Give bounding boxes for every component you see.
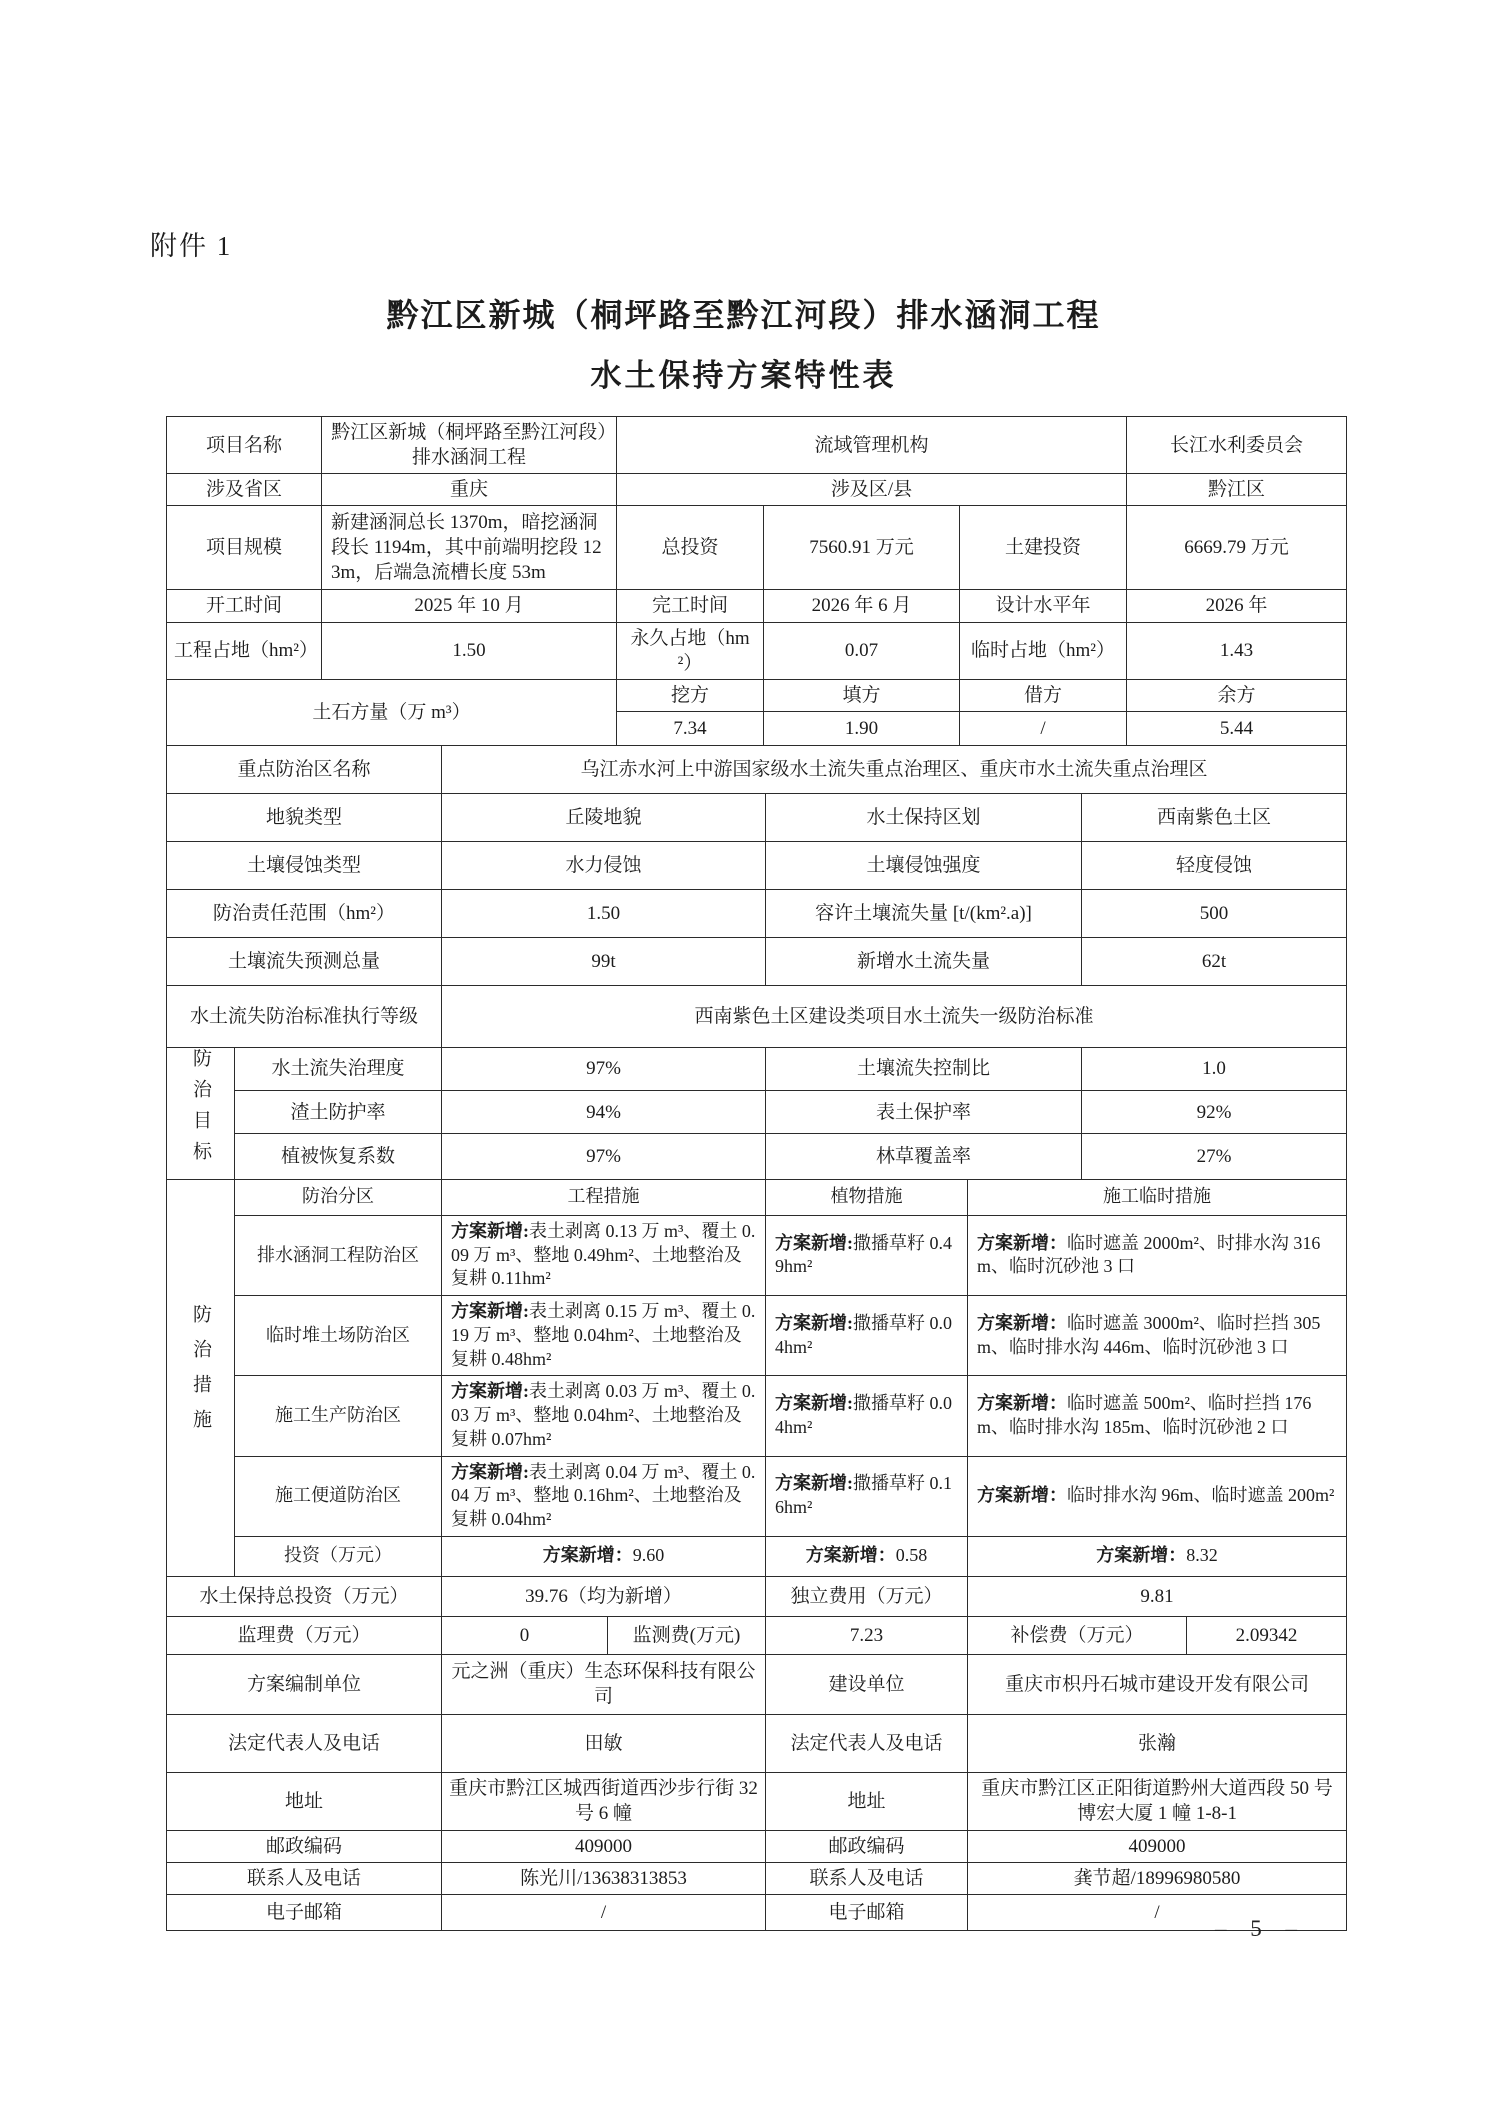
page-number: – 5 – — [1215, 1916, 1306, 1942]
total-cost-value: 39.76（均为新增） — [442, 1576, 766, 1616]
landform-value: 丘陵地貌 — [442, 793, 766, 841]
start-date-value: 2025 年 10 月 — [322, 590, 617, 622]
erosion-intensity-label: 土壤侵蚀强度 — [766, 841, 1082, 889]
row-land-occupation: 工程占地（hm²） 1.50 永久占地（hm²） 0.07 临时占地（hm²） … — [167, 622, 1347, 679]
earthwork-head-borrow: 借方 — [960, 679, 1127, 711]
row-emails: 电子邮箱 / 电子邮箱 / — [167, 1895, 1347, 1931]
total-investment-label: 总投资 — [617, 506, 764, 590]
target-spoil-protection-value: 94% — [442, 1091, 766, 1134]
supervision-fee-label: 监理费（万元） — [167, 1616, 442, 1654]
row-target-1: 防治目标 水土流失治理度 97% 土壤流失控制比 1.0 — [167, 1047, 1347, 1090]
measure-engineering-cell: 方案新增:表土剥离 0.04 万 m³、覆土 0.04 万 m³、整地 0.16… — [442, 1456, 766, 1536]
targets-side-label: 防治目标 — [167, 1047, 235, 1179]
designer-label: 方案编制单位 — [167, 1654, 442, 1714]
measure-engineering-cell: 方案新增:表土剥离 0.03 万 m³、覆土 0.03 万 m³、整地 0.04… — [442, 1376, 766, 1456]
basin-authority-value: 长江水利委员会 — [1127, 417, 1347, 474]
erosion-type-value: 水力侵蚀 — [442, 841, 766, 889]
new-loss-label: 新增水土流失量 — [766, 937, 1082, 985]
design-year-value: 2026 年 — [1127, 590, 1347, 622]
measure-plant-cell: 方案新增:撒播草籽 0.04hm² — [766, 1376, 968, 1456]
measure-engineering-cell: 方案新增:表土剥离 0.13 万 m³、覆土 0.09 万 m³、整地 0.49… — [442, 1215, 766, 1295]
measure-invest-plant: 方案新增：0.58 — [766, 1536, 968, 1576]
land-total-label: 工程占地（hm²） — [167, 622, 322, 679]
target-governance-value: 97% — [442, 1047, 766, 1090]
builder-email-label: 电子邮箱 — [766, 1895, 968, 1931]
row-fees: 监理费（万元） 0 监测费(万元) 7.23 补偿费（万元） 2.09342 — [167, 1616, 1347, 1654]
province-label: 涉及省区 — [167, 474, 322, 506]
measure-temporary-cell: 方案新增：临时遮盖 500m²、临时拦挡 176m、临时排水沟 185m、临时沉… — [968, 1376, 1347, 1456]
measure-temporary-cell: 方案新增：临时遮盖 3000m²、临时拦挡 305m、临时排水沟 446m、临时… — [968, 1296, 1347, 1376]
standard-value: 西南紫色土区建设类项目水土流失一级防治标准 — [442, 985, 1347, 1047]
predicted-loss-label: 土壤流失预测总量 — [167, 937, 442, 985]
earthwork-head-surplus: 余方 — [1127, 679, 1347, 711]
measure-prefix: 方案新增： — [1096, 1545, 1186, 1565]
measure-prefix: 方案新增: — [775, 1473, 853, 1493]
land-temp-value: 1.43 — [1127, 622, 1347, 679]
row-target-2: 渣土防护率 94% 表土保护率 92% — [167, 1091, 1347, 1134]
row-project-name: 项目名称 黔江区新城（桐坪路至黔江河段）排水涵洞工程 流域管理机构 长江水利委员… — [167, 417, 1347, 474]
row-postcodes: 邮政编码 409000 邮政编码 409000 — [167, 1830, 1347, 1862]
new-loss-value: 62t — [1082, 937, 1347, 985]
row-contacts: 联系人及电话 陈光川/13638313853 联系人及电话 龚节超/189969… — [167, 1862, 1347, 1894]
district-value: 黔江区 — [1127, 474, 1347, 506]
row-measure-stockpile: 临时堆土场防治区 方案新增:表土剥离 0.15 万 m³、覆土 0.19 万 m… — [167, 1296, 1347, 1376]
measure-prefix: 方案新增: — [451, 1221, 529, 1241]
builder-postcode-label: 邮政编码 — [766, 1830, 968, 1862]
region-label: 水土保持区划 — [766, 793, 1082, 841]
row-measure-culvert: 排水涵洞工程防治区 方案新增:表土剥离 0.13 万 m³、覆土 0.09 万 … — [167, 1215, 1347, 1295]
row-measure-production: 施工生产防治区 方案新增:表土剥离 0.03 万 m³、覆土 0.03 万 m³… — [167, 1376, 1347, 1456]
compensation-fee-value: 2.09342 — [1187, 1616, 1347, 1654]
measure-temporary-cell: 方案新增：临时排水沟 96m、临时遮盖 200m² — [968, 1456, 1347, 1536]
measure-invest-temporary: 方案新增：8.32 — [968, 1536, 1347, 1576]
allowable-loss-value: 500 — [1082, 889, 1347, 937]
earthwork-value-fill: 1.90 — [764, 711, 960, 745]
measure-prefix: 方案新增： — [543, 1545, 633, 1565]
supervision-fee-value: 0 — [442, 1616, 608, 1654]
measures-head-zone: 防治分区 — [235, 1179, 442, 1215]
row-standard: 水土流失防治标准执行等级 西南紫色土区建设类项目水土流失一级防治标准 — [167, 985, 1347, 1047]
row-erosion-type: 土壤侵蚀类型 水力侵蚀 土壤侵蚀强度 轻度侵蚀 — [167, 841, 1347, 889]
land-temp-label: 临时占地（hm²） — [960, 622, 1127, 679]
target-control-ratio-value: 1.0 — [1082, 1047, 1347, 1090]
measure-zone-cell: 施工便道防治区 — [235, 1456, 442, 1536]
builder-address-label: 地址 — [766, 1772, 968, 1830]
region-value: 西南紫色土区 — [1082, 793, 1347, 841]
measure-prefix: 方案新增： — [977, 1393, 1067, 1413]
measure-plant-cell: 方案新增:撒播草籽 0.16hm² — [766, 1456, 968, 1536]
measure-text: 9.60 — [633, 1545, 665, 1565]
total-investment-value: 7560.91 万元 — [764, 506, 960, 590]
document-title-line1: 黔江区新城（桐坪路至黔江河段）排水涵洞工程 — [0, 290, 1487, 336]
measure-text: 临时排水沟 96m、临时遮盖 200m² — [1067, 1485, 1334, 1505]
measure-invest-engineering: 方案新增：9.60 — [442, 1536, 766, 1576]
row-measure-road: 施工便道防治区 方案新增:表土剥离 0.04 万 m³、覆土 0.04 万 m³… — [167, 1456, 1347, 1536]
row-responsibility: 防治责任范围（hm²） 1.50 容许土壤流失量 [t/(km².a)] 500 — [167, 889, 1347, 937]
designer-email-label: 电子邮箱 — [167, 1895, 442, 1931]
measure-text: 0.58 — [896, 1545, 928, 1565]
target-topsoil-label: 表土保护率 — [766, 1091, 1082, 1134]
builder-representative-label: 法定代表人及电话 — [766, 1714, 968, 1772]
project-name-label: 项目名称 — [167, 417, 322, 474]
measure-prefix: 方案新增: — [451, 1381, 529, 1401]
builder-contact-label: 联系人及电话 — [766, 1862, 968, 1894]
measure-prefix: 方案新增： — [806, 1545, 896, 1565]
designer-postcode-label: 邮政编码 — [167, 1830, 442, 1862]
target-coverage-value: 27% — [1082, 1134, 1347, 1180]
measures-section: 防治措施 防治分区 工程措施 植物措施 施工临时措施 排水涵洞工程防治区 方案新… — [166, 1179, 1347, 1577]
row-key-zone: 重点防治区名称 乌江赤水河上中游国家级水土流失重点治理区、重庆市水土流失重点治理… — [167, 745, 1347, 793]
project-scale-label: 项目规模 — [167, 506, 322, 590]
row-units: 方案编制单位 元之洲（重庆）生态环保科技有限公司 建设单位 重庆市枳丹石城市建设… — [167, 1654, 1347, 1714]
measure-plant-cell: 方案新增:撒播草籽 0.04hm² — [766, 1296, 968, 1376]
key-zone-label: 重点防治区名称 — [167, 745, 442, 793]
project-name-value: 黔江区新城（桐坪路至黔江河段）排水涵洞工程 — [322, 417, 617, 474]
measure-zone-cell: 施工生产防治区 — [235, 1376, 442, 1456]
document-page: 附件 1 黔江区新城（桐坪路至黔江河段）排水涵洞工程 水土保持方案特性表 项目名… — [0, 0, 1487, 2102]
earthwork-value-borrow: / — [960, 711, 1127, 745]
target-vegetation-value: 97% — [442, 1134, 766, 1180]
builder-value: 重庆市枳丹石城市建设开发有限公司 — [968, 1654, 1347, 1714]
builder-postcode-value: 409000 — [968, 1830, 1347, 1862]
finish-date-label: 完工时间 — [617, 590, 764, 622]
designer-postcode-value: 409000 — [442, 1830, 766, 1862]
row-total-investment: 水土保持总投资（万元） 39.76（均为新增） 独立费用（万元） 9.81 — [167, 1576, 1347, 1616]
measure-prefix: 方案新增: — [451, 1301, 529, 1321]
earthwork-head-excavation: 挖方 — [617, 679, 764, 711]
measure-prefix: 方案新增: — [451, 1462, 529, 1482]
independent-cost-value: 9.81 — [968, 1576, 1347, 1616]
target-governance-label: 水土流失治理度 — [235, 1047, 442, 1090]
standard-label: 水土流失防治标准执行等级 — [167, 985, 442, 1047]
measure-prefix: 方案新增: — [775, 1233, 853, 1253]
targets-section: 防治目标 水土流失治理度 97% 土壤流失控制比 1.0 渣土防护率 94% 表… — [166, 1047, 1347, 1180]
designer-address-label: 地址 — [167, 1772, 442, 1830]
monitoring-fee-value: 7.23 — [766, 1616, 968, 1654]
measure-invest-label: 投资（万元） — [235, 1536, 442, 1576]
total-cost-label: 水土保持总投资（万元） — [167, 1576, 442, 1616]
measures-head-engineering: 工程措施 — [442, 1179, 766, 1215]
measures-side-label: 防治措施 — [167, 1179, 235, 1576]
designer-value: 元之洲（重庆）生态环保科技有限公司 — [442, 1654, 766, 1714]
district-label: 涉及区/县 — [617, 474, 1127, 506]
measure-prefix: 方案新增: — [775, 1393, 853, 1413]
designer-email-value: / — [442, 1895, 766, 1931]
measure-zone-cell: 临时堆土场防治区 — [235, 1296, 442, 1376]
erosion-intensity-value: 轻度侵蚀 — [1082, 841, 1347, 889]
measure-prefix: 方案新增： — [977, 1233, 1067, 1253]
earthwork-value-surplus: 5.44 — [1127, 711, 1347, 745]
basin-authority-label: 流域管理机构 — [617, 417, 1127, 474]
row-dates: 开工时间 2025 年 10 月 完工时间 2026 年 6 月 设计水平年 2… — [167, 590, 1347, 622]
designer-representative-value: 田敏 — [442, 1714, 766, 1772]
measure-plant-cell: 方案新增:撒播草籽 0.49hm² — [766, 1215, 968, 1295]
start-date-label: 开工时间 — [167, 590, 322, 622]
landform-label: 地貌类型 — [167, 793, 442, 841]
document-title-line2: 水土保持方案特性表 — [0, 350, 1487, 395]
measures-side-text: 防治措施 — [188, 1304, 213, 1444]
earthwork-head-fill: 填方 — [764, 679, 960, 711]
earthwork-label: 土石方量（万 m³） — [167, 679, 617, 745]
key-zone-value: 乌江赤水河上中游国家级水土流失重点治理区、重庆市水土流失重点治理区 — [442, 745, 1347, 793]
allowable-loss-label: 容许土壤流失量 [t/(km².a)] — [766, 889, 1082, 937]
measure-engineering-cell: 方案新增:表土剥离 0.15 万 m³、覆土 0.19 万 m³、整地 0.04… — [442, 1296, 766, 1376]
measures-head-plant: 植物措施 — [766, 1179, 968, 1215]
designer-contact-value: 陈光川/13638313853 — [442, 1862, 766, 1894]
costs-parties-section: 水土保持总投资（万元） 39.76（均为新增） 独立费用（万元） 9.81 监理… — [166, 1576, 1347, 1931]
measure-prefix: 方案新增： — [977, 1485, 1067, 1505]
civil-investment-label: 土建投资 — [960, 506, 1127, 590]
builder-representative-value: 张瀚 — [968, 1714, 1347, 1772]
project-overview-section: 项目名称 黔江区新城（桐坪路至黔江河段）排水涵洞工程 流域管理机构 长江水利委员… — [166, 416, 1347, 746]
target-spoil-protection-label: 渣土防护率 — [235, 1091, 442, 1134]
responsibility-value: 1.50 — [442, 889, 766, 937]
row-measure-invest: 投资（万元） 方案新增：9.60 方案新增：0.58 方案新增：8.32 — [167, 1536, 1347, 1576]
designer-representative-label: 法定代表人及电话 — [167, 1714, 442, 1772]
monitoring-fee-label: 监测费(万元) — [608, 1616, 766, 1654]
row-earthwork-heads: 土石方量（万 m³） 挖方 填方 借方 余方 — [167, 679, 1347, 711]
builder-contact-value: 龚节超/18996980580 — [968, 1862, 1347, 1894]
row-target-3: 植被恢复系数 97% 林草覆盖率 27% — [167, 1134, 1347, 1180]
designer-address-value: 重庆市黔江区城西街道西沙步行街 32 号 6 幢 — [442, 1772, 766, 1830]
row-landform: 地貌类型 丘陵地貌 水土保持区划 西南紫色土区 — [167, 793, 1347, 841]
independent-cost-label: 独立费用（万元） — [766, 1576, 968, 1616]
finish-date-value: 2026 年 6 月 — [764, 590, 960, 622]
target-control-ratio-label: 土壤流失控制比 — [766, 1047, 1082, 1090]
erosion-type-label: 土壤侵蚀类型 — [167, 841, 442, 889]
compensation-fee-label: 补偿费（万元） — [968, 1616, 1187, 1654]
measure-prefix: 方案新增: — [775, 1313, 853, 1333]
measure-prefix: 方案新增： — [977, 1313, 1067, 1333]
designer-contact-label: 联系人及电话 — [167, 1862, 442, 1894]
land-total-value: 1.50 — [322, 622, 617, 679]
zoning-section: 重点防治区名称 乌江赤水河上中游国家级水土流失重点治理区、重庆市水土流失重点治理… — [166, 745, 1347, 1048]
characteristics-table: 项目名称 黔江区新城（桐坪路至黔江河段）排水涵洞工程 流域管理机构 长江水利委员… — [166, 416, 1346, 1931]
province-value: 重庆 — [322, 474, 617, 506]
project-scale-value: 新建涵洞总长 1370m，暗挖涵洞段长 1194m，其中前端明挖段 123m，后… — [322, 506, 617, 590]
row-project-scale: 项目规模 新建涵洞总长 1370m，暗挖涵洞段长 1194m，其中前端明挖段 1… — [167, 506, 1347, 590]
targets-side-text: 防治目标 — [188, 1048, 213, 1172]
row-addresses: 地址 重庆市黔江区城西街道西沙步行街 32 号 6 幢 地址 重庆市黔江区正阳街… — [167, 1772, 1347, 1830]
builder-address-value: 重庆市黔江区正阳街道黔州大道西段 50 号博宏大厦 1 幢 1-8-1 — [968, 1772, 1347, 1830]
target-vegetation-label: 植被恢复系数 — [235, 1134, 442, 1180]
measures-head-temporary: 施工临时措施 — [968, 1179, 1347, 1215]
row-measures-head: 防治措施 防治分区 工程措施 植物措施 施工临时措施 — [167, 1179, 1347, 1215]
measure-zone-cell: 排水涵洞工程防治区 — [235, 1215, 442, 1295]
measure-text: 8.32 — [1186, 1545, 1218, 1565]
land-perm-value: 0.07 — [764, 622, 960, 679]
target-topsoil-value: 92% — [1082, 1091, 1347, 1134]
target-coverage-label: 林草覆盖率 — [766, 1134, 1082, 1180]
land-perm-label: 永久占地（hm²） — [617, 622, 764, 679]
predicted-loss-value: 99t — [442, 937, 766, 985]
measure-temporary-cell: 方案新增：临时遮盖 2000m²、时排水沟 316m、临时沉砂池 3 口 — [968, 1215, 1347, 1295]
row-legal-representatives: 法定代表人及电话 田敏 法定代表人及电话 张瀚 — [167, 1714, 1347, 1772]
row-province: 涉及省区 重庆 涉及区/县 黔江区 — [167, 474, 1347, 506]
civil-investment-value: 6669.79 万元 — [1127, 506, 1347, 590]
attachment-label: 附件 1 — [150, 224, 232, 263]
earthwork-value-excavation: 7.34 — [617, 711, 764, 745]
builder-label: 建设单位 — [766, 1654, 968, 1714]
responsibility-label: 防治责任范围（hm²） — [167, 889, 442, 937]
row-predicted-loss: 土壤流失预测总量 99t 新增水土流失量 62t — [167, 937, 1347, 985]
design-year-label: 设计水平年 — [960, 590, 1127, 622]
